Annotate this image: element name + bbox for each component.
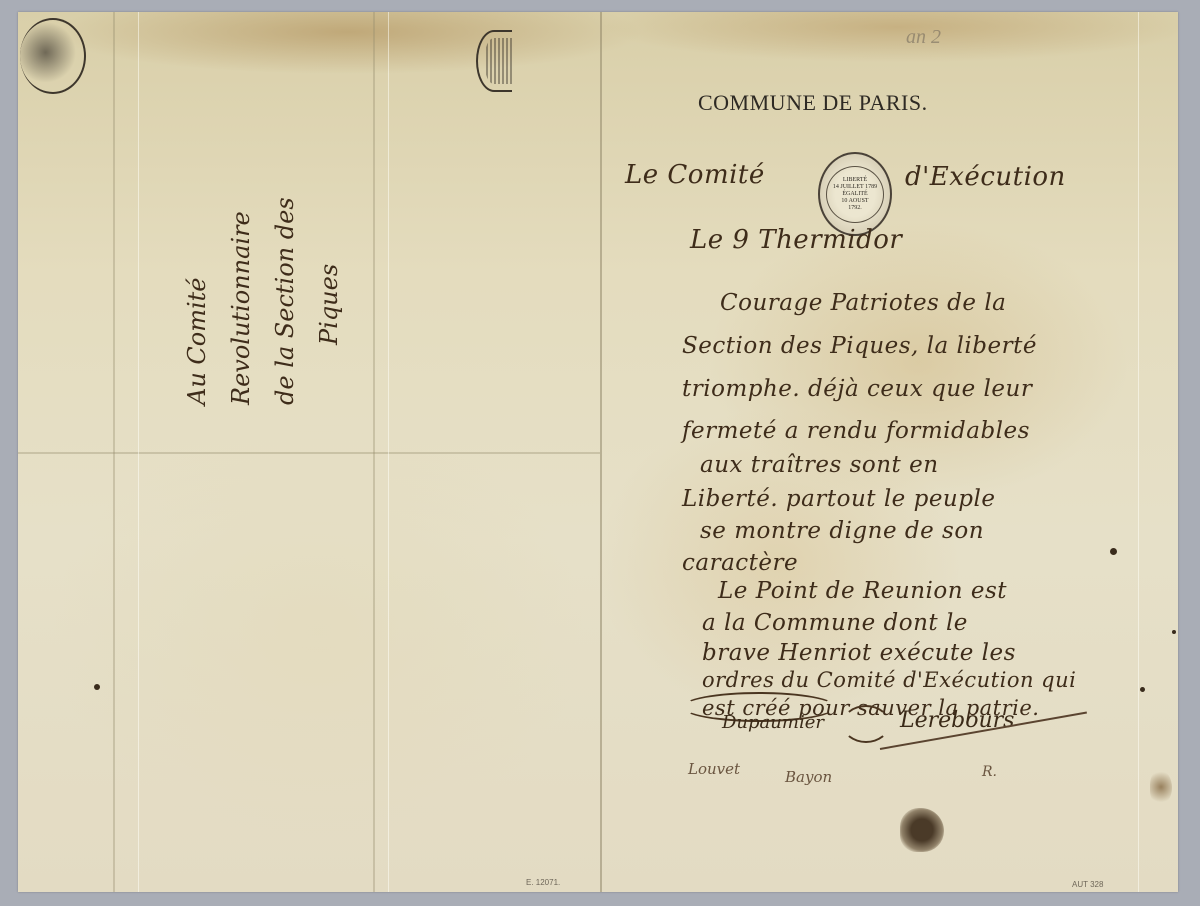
catalog-number: AUT 328: [1072, 880, 1103, 889]
address-line: de la Section des: [263, 197, 307, 405]
body-line: a la Commune dont le: [702, 610, 968, 636]
seal-line: ÉGALITÉ: [833, 191, 877, 198]
seal-icon: LIBERTÉ 14 JUILLET 1789 ÉGALITÉ 10 AOUST…: [818, 152, 892, 236]
seal-inscription: LIBERTÉ 14 JUILLET 1789 ÉGALITÉ 10 AOUST…: [826, 166, 884, 223]
ink-spot: [1172, 630, 1176, 634]
seal-line: LIBERTÉ: [833, 177, 877, 184]
fold-line: [18, 452, 600, 454]
half-stamp-icon: [476, 30, 512, 92]
ink-spot: [1140, 687, 1145, 692]
address-block: Au Comité Revolutionnaire de la Section …: [175, 197, 351, 405]
ink-spot: [1110, 548, 1117, 555]
body-line: Le Point de Reunion est: [718, 578, 1007, 604]
signature: Dupaumier: [722, 712, 824, 733]
body-line: caractère: [682, 550, 798, 576]
body-line: aux traîtres sont en: [700, 452, 939, 478]
stain: [1150, 770, 1172, 804]
body-line: Courage Patriotes de la: [720, 290, 1006, 316]
salutation-right: d'Exécution: [905, 162, 1066, 192]
body-line: Liberté. partout le peuple: [682, 486, 995, 512]
address-line: Piques: [307, 197, 351, 405]
body-line: fermeté a rendu formidables: [682, 418, 1030, 444]
address-line: Au Comité: [175, 197, 219, 405]
signature-flourish: [842, 705, 890, 743]
center-fold: [600, 12, 602, 892]
ink-stain: [900, 808, 944, 852]
seal-line: 1792.: [833, 205, 877, 212]
signature: Bayon: [785, 768, 832, 786]
page-title: COMMUNE DE PARIS.: [698, 90, 928, 116]
archive-note: an 2: [906, 26, 941, 49]
seal-line: 10 AOUST: [833, 198, 877, 205]
postal-stamp-icon: [20, 18, 86, 94]
seal-line: 14 JUILLET 1789: [833, 184, 877, 191]
crease: [138, 12, 139, 892]
signature: R.: [982, 764, 997, 780]
ink-spot: [94, 684, 100, 690]
salutation-left: Le Comité: [625, 160, 765, 190]
body-line: se montre digne de son: [700, 518, 984, 544]
catalog-number: E. 12071.: [526, 878, 560, 887]
crease: [388, 12, 389, 892]
document-sheet: [18, 12, 1178, 892]
body-line: ordres du Comité d'Exécution qui: [702, 668, 1076, 692]
letter-date: Le 9 Thermidor: [690, 225, 902, 255]
signature: Louvet: [688, 760, 740, 778]
body-line: Section des Piques, la liberté: [682, 333, 1037, 359]
body-line: triomphe. déjà ceux que leur: [682, 376, 1032, 402]
body-line: brave Henriot exécute les: [702, 640, 1016, 666]
address-line: Revolutionnaire: [219, 197, 263, 405]
crease: [1138, 12, 1139, 892]
